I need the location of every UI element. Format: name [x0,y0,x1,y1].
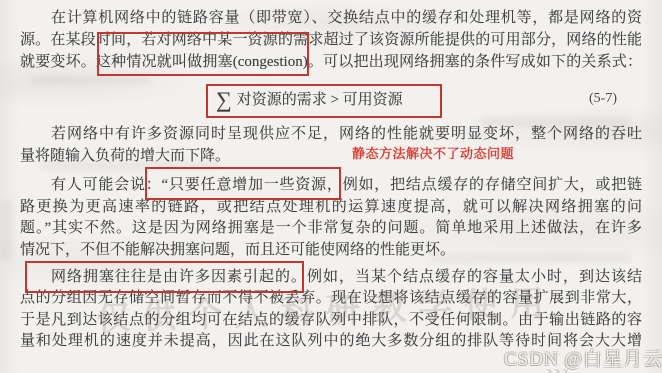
csdn-watermark: CSDN @白星月云 [504,344,662,371]
text-line: 路更换为更高速率的链路，或把结点处理机的运算速度提高，就可以解决网络拥塞的问 [20,197,642,217]
highlight-box-add-resources [145,167,341,200]
scan-smudge [0,200,12,260]
margin-note: 静态方法解决不了动态问题 [352,143,514,162]
text-line: 量将随输入负荷的增大而下降。 [20,146,642,166]
highlight-box-congestion-definition [97,32,309,76]
equation-number: (5-7) [589,91,617,107]
scan-smudge [30,76,150,84]
text-line: 题。”其实不然。这是因为网络拥塞是一个非常复杂的问题。简单地采用上述做法，在许多 [20,218,642,238]
page-number: 333 [546,366,570,373]
text-line: 情况下，不但不能解决拥塞问题，而且还可能使网络的性能更坏。 [20,240,642,260]
highlight-box-formula [206,84,442,118]
scanned-textbook-page: 在计算机网络中的链路容量（即带宽）、交换结点中的缓存和处理机等，都是网络的资 源… [0,0,662,373]
text-line: 若网络中有许多资源同时呈现供应不足，网络的性能就要明显变坏，整个网络的吞吐 [20,124,642,144]
text-line: 在计算机网络中的链路容量（即带宽）、交换结点中的缓存和处理机等，都是网络的资 [20,8,642,28]
